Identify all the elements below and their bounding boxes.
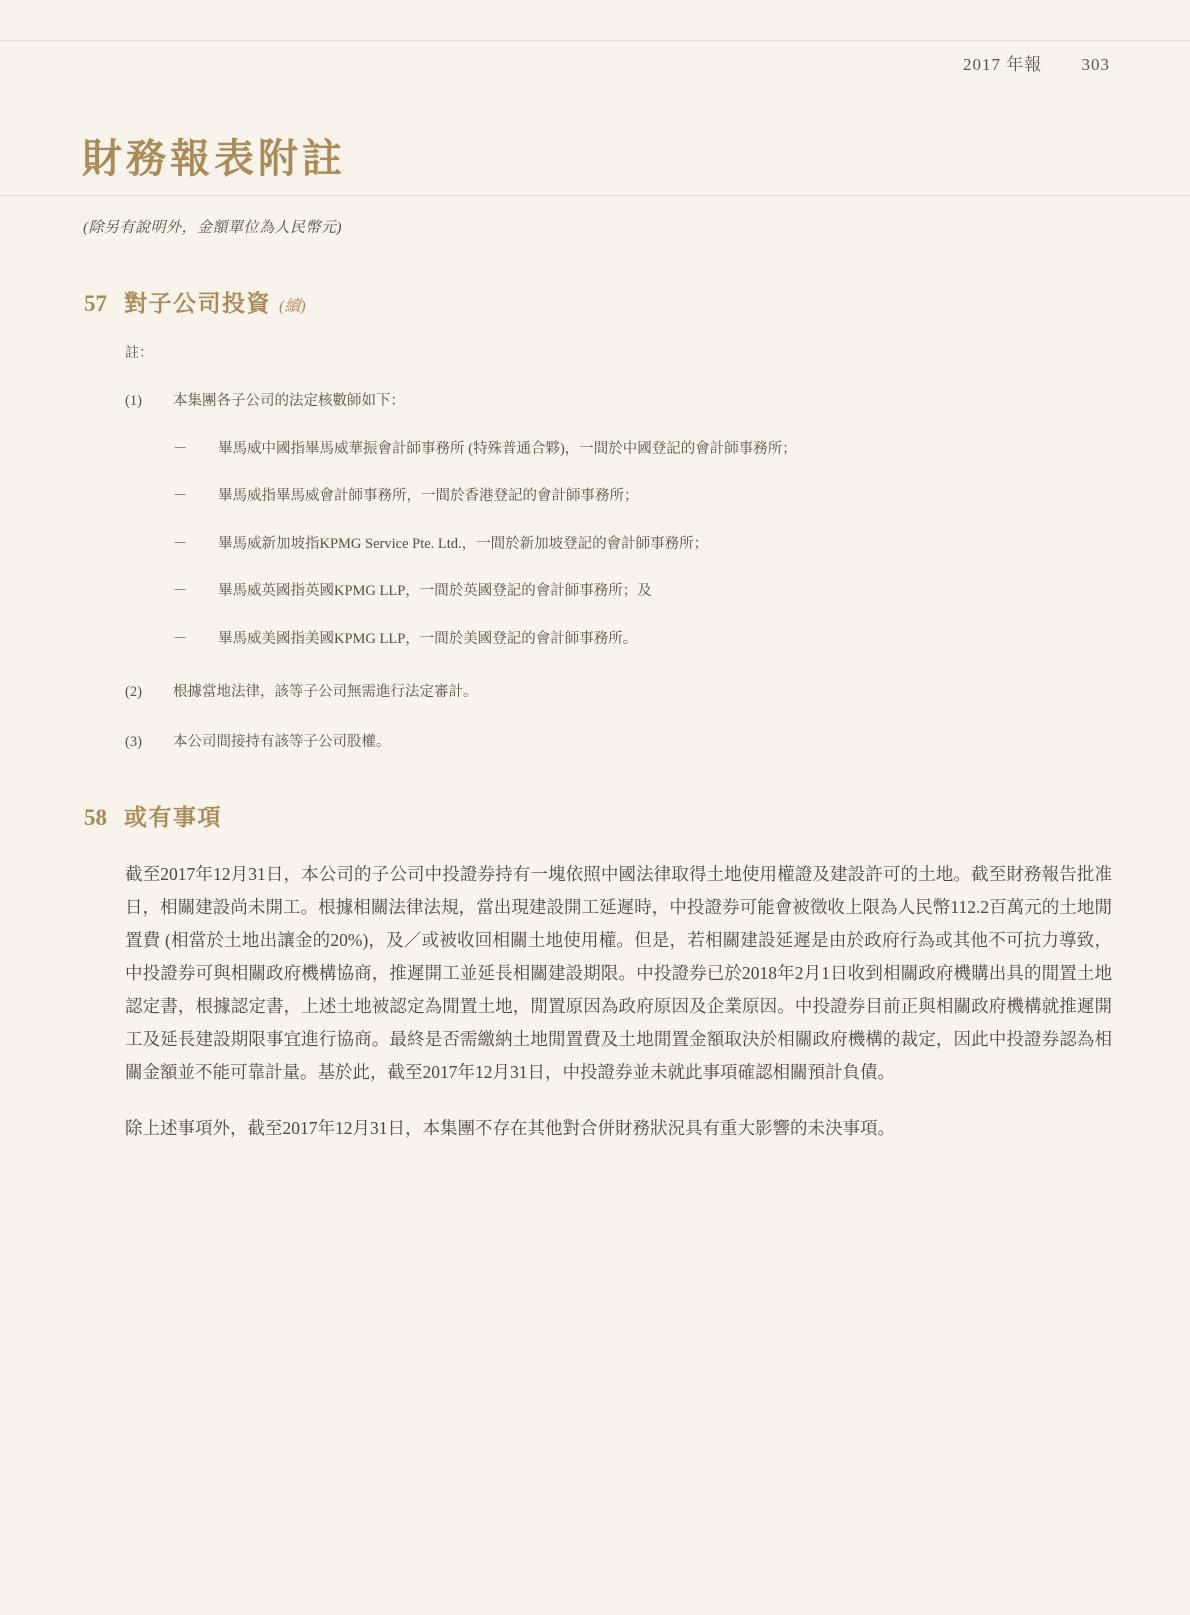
bullet-dash-icon: － <box>173 487 218 507</box>
notes-label: 註： <box>125 342 1110 362</box>
note-number: (1) <box>125 392 173 412</box>
bullet-text: 畢馬威美國指美國KPMG LLP，一間於美國登記的會計師事務所。 <box>218 630 1110 650</box>
title-divider <box>0 195 1190 196</box>
list-item: － 畢馬威指畢馬威會計師事務所，一間於香港登記的會計師事務所； <box>173 487 1110 507</box>
note-item-2: (2) 根據當地法律，該等子公司無需進行法定審計。 <box>125 683 1110 703</box>
bullet-dash-icon: － <box>173 630 218 650</box>
section-58-number: 58 <box>84 805 124 831</box>
list-item: － 畢馬威中國指畢馬威華振會計師事務所 (特殊普通合夥)，一間於中國登記的會計師… <box>173 440 1110 460</box>
note-text: 本公司間接持有該等子公司股權。 <box>173 733 1110 753</box>
bullet-dash-icon: － <box>173 582 218 602</box>
contingency-paragraph-2: 除上述事項外，截至2017年12月31日，本集團不存在其他對合併財務狀況具有重大… <box>125 1112 1112 1145</box>
section-58-heading: 58 或有事項 <box>84 799 1110 832</box>
bullet-dash-icon: － <box>173 535 218 555</box>
section-57-heading: 57 對子公司投資 (續) <box>84 285 1110 318</box>
note-item-1: (1) 本集團各子公司的法定核數師如下： <box>125 392 1110 412</box>
bullet-text: 畢馬威指畢馬威會計師事務所，一間於香港登記的會計師事務所； <box>218 487 1110 507</box>
document-title: 財務報表附註 <box>82 135 1110 183</box>
list-item: － 畢馬威美國指美國KPMG LLP，一間於美國登記的會計師事務所。 <box>173 630 1110 650</box>
report-page: 2017 年報 303 財務報表附註 (除另有說明外，金額單位為人民幣元) 57… <box>0 0 1190 1615</box>
list-item: － 畢馬威英國指英國KPMG LLP，一間於英國登記的會計師事務所；及 <box>173 582 1110 602</box>
bullet-text: 畢馬威中國指畢馬威華振會計師事務所 (特殊普通合夥)，一間於中國登記的會計師事務… <box>218 440 1110 460</box>
auditor-list: － 畢馬威中國指畢馬威華振會計師事務所 (特殊普通合夥)，一間於中國登記的會計師… <box>173 440 1110 650</box>
note-number: (3) <box>125 733 173 753</box>
list-item: － 畢馬威新加坡指KPMG Service Pte. Ltd.，一間於新加坡登記… <box>173 535 1110 555</box>
bullet-text: 畢馬威英國指英國KPMG LLP，一間於英國登記的會計師事務所；及 <box>218 582 1110 602</box>
section-58-title: 或有事項 <box>124 799 222 832</box>
section-57-title: 對子公司投資 <box>124 285 271 318</box>
section-57-continued-label: (續) <box>279 293 306 316</box>
bullet-dash-icon: － <box>173 440 218 460</box>
contingency-paragraph-1: 截至2017年12月31日，本公司的子公司中投證券持有一塊依照中國法律取得土地使… <box>125 858 1112 1089</box>
document-subtitle: (除另有說明外，金額單位為人民幣元) <box>83 216 1110 237</box>
bullet-text: 畢馬威新加坡指KPMG Service Pte. Ltd.，一間於新加坡登記的會… <box>218 535 1110 555</box>
note-text: 根據當地法律，該等子公司無需進行法定審計。 <box>173 683 1110 703</box>
section-57-number: 57 <box>84 291 124 317</box>
page-content: 財務報表附註 (除另有說明外，金額單位為人民幣元) 57 對子公司投資 (續) … <box>0 0 1190 1145</box>
note-text: 本集團各子公司的法定核數師如下： <box>173 392 1110 412</box>
note-item-3: (3) 本公司間接持有該等子公司股權。 <box>125 733 1110 753</box>
note-number: (2) <box>125 683 173 703</box>
